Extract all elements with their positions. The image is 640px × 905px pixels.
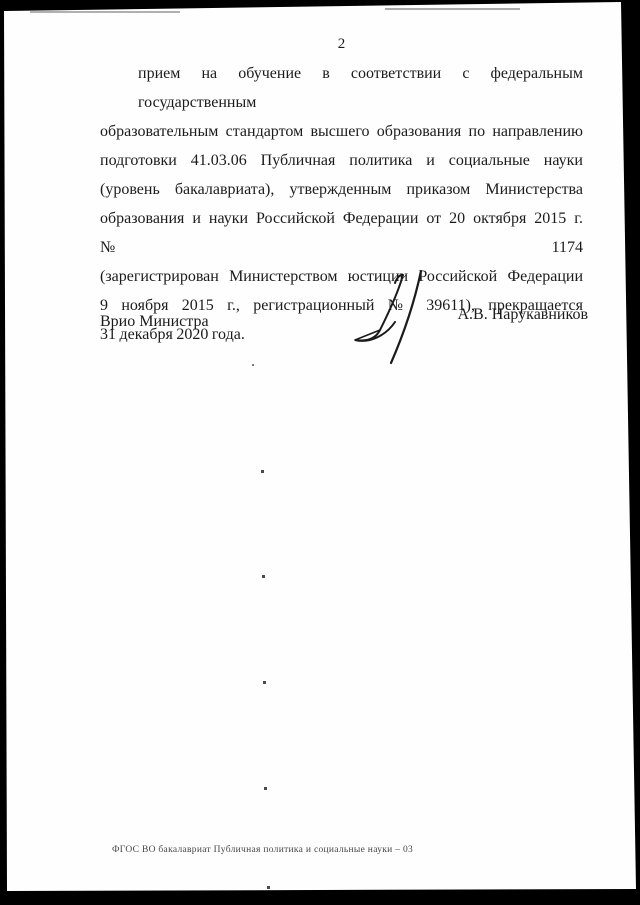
scan-streak bbox=[30, 11, 180, 13]
scan-speck bbox=[267, 886, 270, 889]
paragraph-line: (уровень бакалавриата), утвержденным при… bbox=[100, 176, 583, 205]
paragraph-line: образовательным стандартом высшего образ… bbox=[100, 118, 583, 147]
scan-speck bbox=[264, 787, 267, 790]
scanned-page: 2 прием на обучение в соответствии с фед… bbox=[0, 0, 640, 905]
scan-speck bbox=[263, 681, 266, 684]
paragraph-line: прием на обучение в соответствии с федер… bbox=[100, 60, 583, 118]
footer-label: ФГОС ВО бакалавриат Публичная политика и… bbox=[112, 845, 413, 855]
scan-speck bbox=[252, 364, 254, 366]
signatory-name: А.В. Нарукавников bbox=[380, 306, 588, 324]
scan-speck bbox=[261, 470, 264, 473]
paragraph-line: подготовки 41.03.06 Публичная политика и… bbox=[100, 147, 583, 176]
signatory-title: Врио Министра bbox=[100, 313, 209, 331]
paragraph-line: образования и науки Российской Федерации… bbox=[100, 205, 583, 263]
scan-streak bbox=[385, 8, 520, 10]
page-number: 2 bbox=[100, 36, 583, 53]
scan-speck bbox=[262, 575, 265, 578]
